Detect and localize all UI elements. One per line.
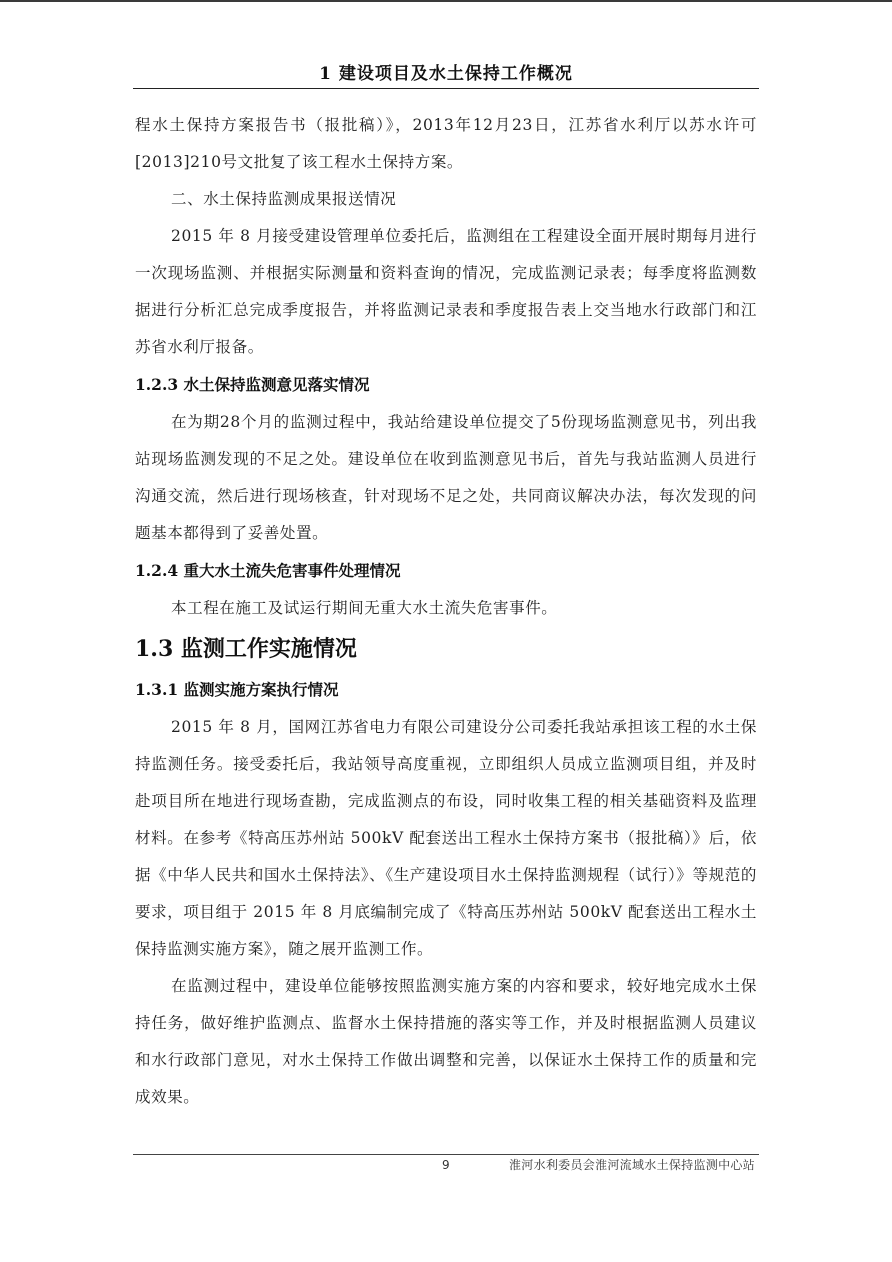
paragraph-reporting-details: 2015 年 8 月接受建设管理单位委托后，监测组在工程建设全面开展时期每月进行… [135, 218, 757, 366]
heading-1-2-3: 1.2.3 水土保持监测意见落实情况 [135, 366, 757, 404]
paragraph-monitoring-process: 在监测过程中，建设单位能够按照监测实施方案的内容和要求，较好地完成水土保持任务，… [135, 968, 757, 1116]
paragraph-plan-execution: 2015 年 8 月，国网江苏省电力有限公司建设分公司委托我站承担该工程的水土保… [135, 709, 757, 968]
header-divider [133, 88, 759, 89]
paragraph-no-major-events: 本工程在施工及试运行期间无重大水土流失危害事件。 [135, 590, 757, 627]
paragraph-subheading-reporting: 二、水土保持监测成果报送情况 [135, 181, 757, 218]
paragraph-approval-continuation: 程水土保持方案报告书（报批稿）》，2013年12月23日，江苏省水利厅以苏水许可… [135, 107, 757, 181]
paragraph-opinion-implementation: 在为期28个月的监测过程中，我站给建设单位提交了5份现场监测意见书，列出我站现场… [135, 404, 757, 552]
page-footer: 9 淮河水利委员会淮河流域水土保持监测中心站 [133, 1157, 757, 1175]
footer-divider [133, 1154, 759, 1155]
heading-1-2-4: 1.2.4 重大水土流失危害事件处理情况 [135, 552, 757, 590]
running-header-title: 1 建设项目及水土保持工作概况 [133, 62, 759, 86]
footer-organization: 淮河水利委员会淮河流域水土保持监测中心站 [509, 1157, 755, 1173]
document-body: 程水土保持方案报告书（报批稿）》，2013年12月23日，江苏省水利厅以苏水许可… [135, 107, 757, 1116]
heading-1-3: 1.3 监测工作实施情况 [135, 627, 757, 671]
page-number: 9 [442, 1157, 450, 1173]
heading-1-3-1: 1.3.1 监测实施方案执行情况 [135, 671, 757, 709]
page-top-edge [0, 0, 892, 2]
